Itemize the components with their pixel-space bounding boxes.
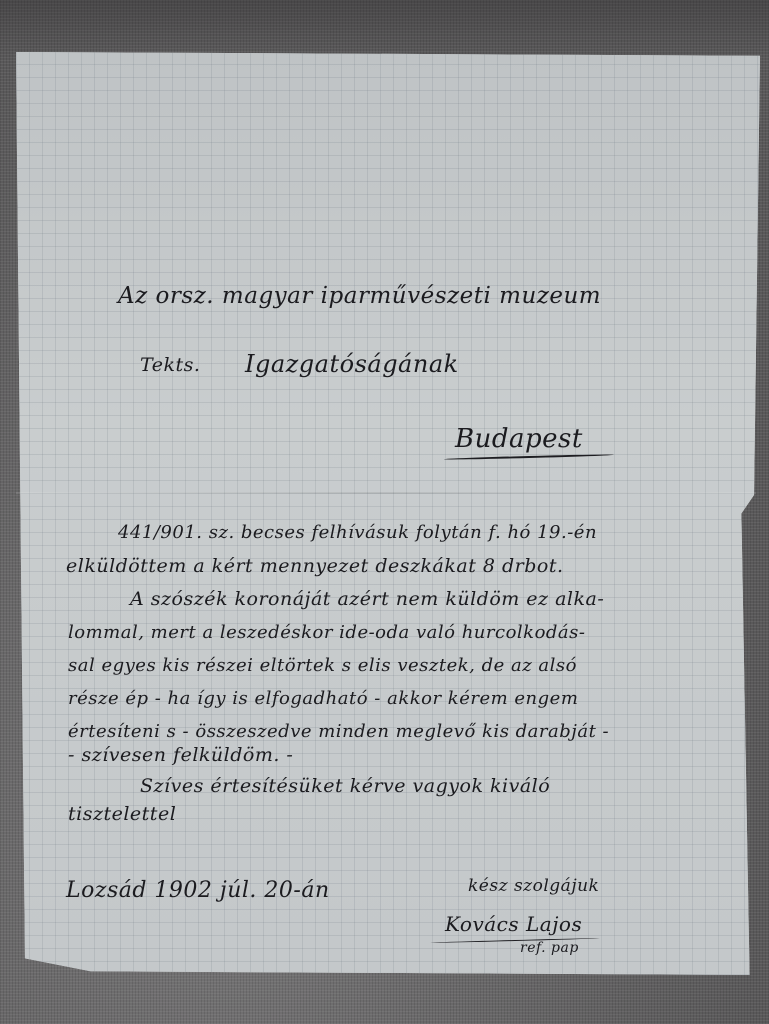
address-prefix: Tekts. <box>140 354 200 376</box>
paper-fold-line <box>16 492 756 494</box>
address-city: Budapest <box>455 424 583 454</box>
place-date: Lozsád 1902 júl. 20-án <box>66 878 330 903</box>
body-line-5: sal egyes kis részei eltörtek s elis ves… <box>68 655 577 676</box>
fabric-background <box>0 0 769 60</box>
body-line-8: - szívesen felküldöm. - <box>68 744 293 766</box>
body-line-6: része ép - ha így is elfogadható - akkor… <box>68 688 578 709</box>
body-line-2: elküldöttem a kért mennyezet deszkákat 8… <box>66 555 564 577</box>
body-line-4: lommal, mert a leszedéskor ide-oda való … <box>68 622 585 643</box>
closing-salutation: kész szolgájuk <box>468 876 599 896</box>
address-line-2: Igazgatóságának <box>245 350 459 378</box>
body-line-10: tisztelettel <box>68 803 176 825</box>
body-line-7: értesíteni s - összeszedve minden meglev… <box>68 721 609 742</box>
body-line-9: Szíves értesítésüket kérve vagyok kiváló <box>140 775 550 797</box>
body-line-1: 441/901. sz. becses felhívásuk folytán f… <box>118 522 597 543</box>
signature: Kovács Lajos <box>445 912 582 936</box>
address-line-1: Az orsz. magyar iparművészeti muzeum <box>118 283 601 309</box>
body-line-3: A szószék koronáját azért nem küldöm ez … <box>130 588 604 610</box>
signature-title: ref. pap <box>520 940 579 956</box>
letter-paper <box>16 52 760 975</box>
